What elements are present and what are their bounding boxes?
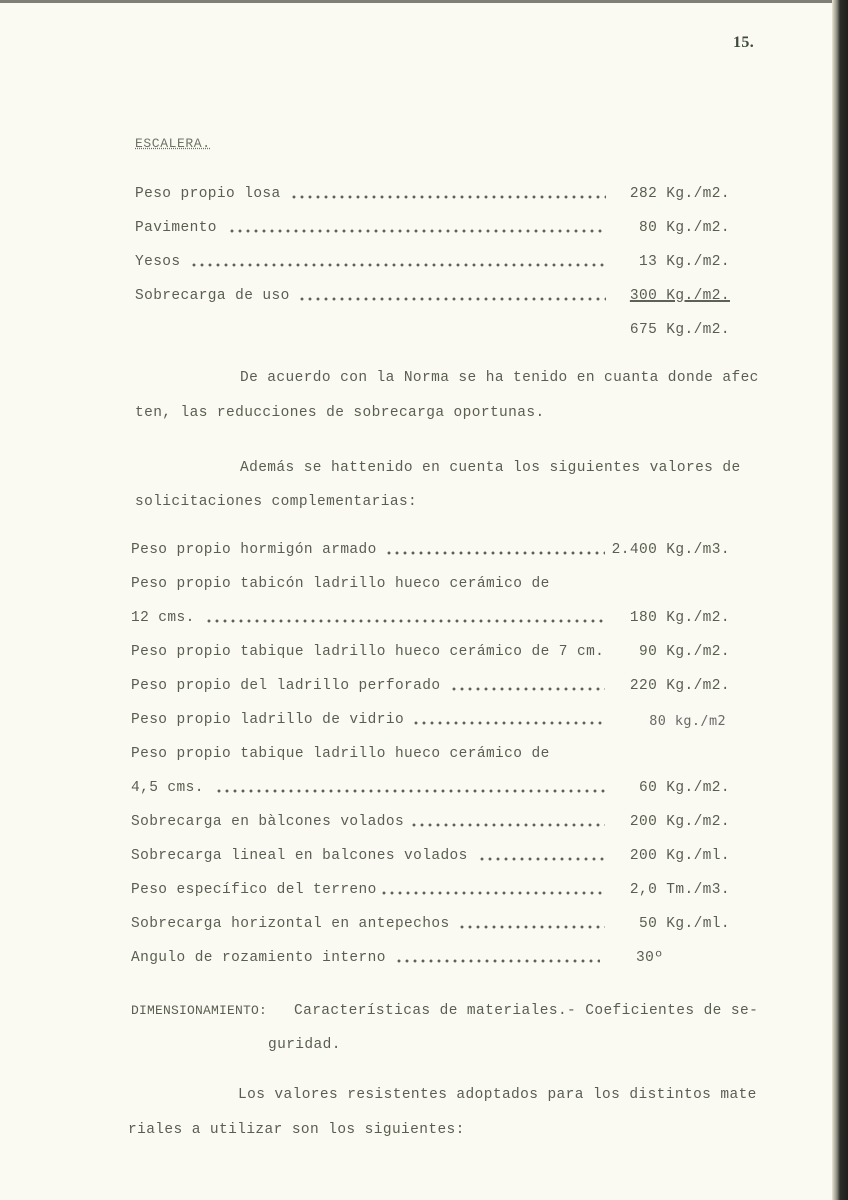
load-label: Peso propio losa bbox=[135, 186, 281, 202]
paragraph-line: Además se hattenido en cuenta los siguie… bbox=[240, 460, 741, 476]
load-value: 2,0 Tm./m3. bbox=[590, 882, 730, 898]
load-label: Peso específico del terreno bbox=[131, 882, 377, 898]
load-value: 50 Kg./ml. bbox=[590, 916, 730, 932]
load-value: 90 Kg./m2. bbox=[590, 644, 730, 660]
load-value: 282 Kg./m2. bbox=[590, 186, 730, 202]
load-value: 30º bbox=[636, 950, 663, 966]
paragraph-line: riales a utilizar son los siguientes: bbox=[128, 1122, 465, 1138]
load-label: Sobrecarga horizontal en antepechos bbox=[131, 916, 450, 932]
dot-leader bbox=[458, 922, 605, 932]
document-page: 15. ESCALERA. Peso propio losa 282 Kg./m… bbox=[0, 0, 832, 1200]
load-label: 12 cms. bbox=[131, 610, 195, 626]
load-value: 60 Kg./m2. bbox=[590, 780, 730, 796]
dot-leader bbox=[215, 786, 605, 796]
dot-leader bbox=[450, 684, 605, 694]
subtotal-underline: 300 Kg./m2. bbox=[630, 288, 730, 304]
load-label: Peso propio tabicón ladrillo hueco cerám… bbox=[131, 576, 550, 592]
dot-leader bbox=[380, 888, 605, 898]
load-value: 80 kg./m2 bbox=[586, 713, 726, 729]
dot-leader bbox=[290, 192, 606, 202]
load-value: 200 Kg./m2. bbox=[590, 814, 730, 830]
section-heading-escalera: ESCALERA. bbox=[135, 136, 211, 151]
dot-leader bbox=[190, 260, 606, 270]
dot-leader bbox=[385, 548, 605, 558]
load-label: Peso propio ladrillo de vidrio bbox=[131, 712, 404, 728]
load-value: 220 Kg./m2. bbox=[590, 678, 730, 694]
load-label: Peso propio tabique ladrillo hueco cerám… bbox=[131, 746, 550, 762]
load-total: 675 Kg./m2. bbox=[590, 322, 730, 338]
dot-leader bbox=[478, 854, 605, 864]
section-title-line: guridad. bbox=[268, 1037, 341, 1053]
paragraph-line: Los valores resistentes adoptados para l… bbox=[238, 1087, 757, 1103]
dot-leader bbox=[205, 616, 605, 626]
load-value: 300 Kg./m2. bbox=[590, 288, 730, 304]
scan-right-edge bbox=[832, 0, 848, 1200]
dot-leader bbox=[228, 226, 606, 236]
section-heading-dimensionamiento: DIMENSIONAMIENTO: bbox=[131, 1003, 267, 1018]
load-label: Sobrecarga de uso bbox=[135, 288, 290, 304]
load-label: 4,5 cms. bbox=[131, 780, 204, 796]
dot-leader bbox=[412, 718, 605, 728]
dot-leader bbox=[410, 820, 605, 830]
load-value: 180 Kg./m2. bbox=[590, 610, 730, 626]
load-value: 200 Kg./ml. bbox=[590, 848, 730, 864]
load-label: Sobrecarga en bàlcones volados bbox=[131, 814, 404, 830]
load-label: Angulo de rozamiento interno bbox=[131, 950, 386, 966]
load-value: 13 Kg./m2. bbox=[590, 254, 730, 270]
page-number: 15. bbox=[733, 34, 754, 52]
load-label: Yesos bbox=[135, 254, 181, 270]
paragraph-line: solicitaciones complementarias: bbox=[135, 494, 417, 510]
paragraph-line: ten, las reducciones de sobrecarga oport… bbox=[135, 405, 545, 421]
load-value: 80 Kg./m2. bbox=[590, 220, 730, 236]
dot-leader bbox=[395, 956, 600, 966]
load-label: Sobrecarga lineal en balcones volados bbox=[131, 848, 468, 864]
load-label: Peso propio del ladrillo perforado bbox=[131, 678, 440, 694]
load-label: Peso propio tabique ladrillo hueco cerám… bbox=[131, 644, 604, 660]
load-label: Peso propio hormigón armado bbox=[131, 542, 377, 558]
section-title-line: Características de materiales.- Coeficie… bbox=[294, 1003, 758, 1019]
load-value: 2.400 Kg./m3. bbox=[590, 542, 730, 558]
dot-leader bbox=[298, 294, 606, 304]
paragraph-line: De acuerdo con la Norma se ha tenido en … bbox=[240, 370, 759, 386]
scan-top-edge bbox=[0, 0, 848, 3]
load-label: Pavimento bbox=[135, 220, 217, 236]
